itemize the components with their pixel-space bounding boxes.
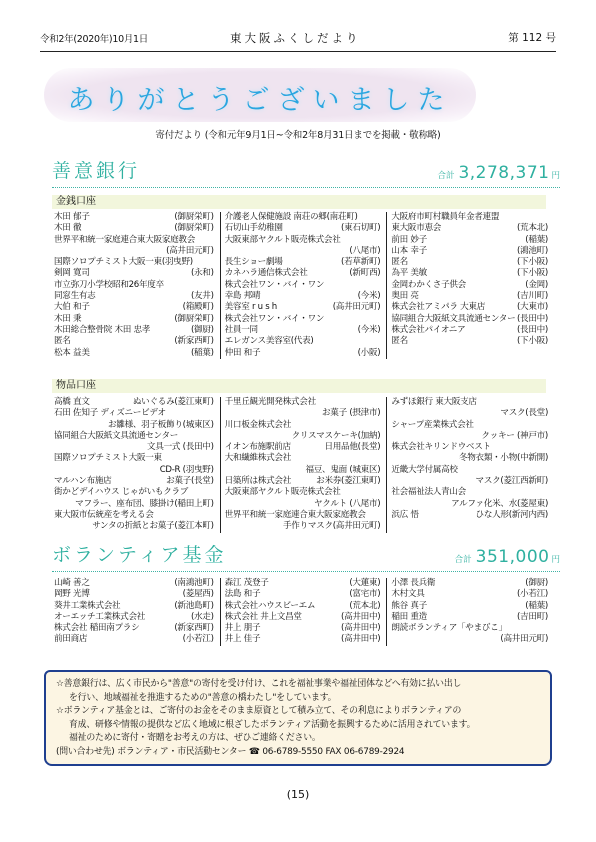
donor-location: 日用品他(長堂) — [324, 442, 380, 453]
donor-entry: 国際ソロプチミスト大阪一東CD-R (羽曳野) — [54, 453, 214, 476]
donor-name: 小澤 長兵衛 — [391, 578, 435, 589]
donor-location: (大東市) — [517, 302, 548, 313]
money-account-band: 金銭口座 — [52, 195, 546, 209]
donor-name: 東大阪市恵会 — [391, 223, 441, 234]
donor-name: 株式会社ワン・バイ・ワン — [225, 280, 325, 291]
donor-entry: 小澤 長兵衛(御厨) — [391, 578, 548, 589]
donor-location: (御厨栄町) — [174, 212, 213, 223]
donor-location: (小若江) — [517, 589, 548, 600]
donor-entry: 前田商店(小若江) — [54, 634, 214, 645]
donor-entry: 木田 秉(御厨栄町) — [54, 314, 214, 325]
donor-location: (東石切町) — [341, 223, 380, 234]
donor-entry: 山本 幸子(鴻池町) — [391, 246, 548, 257]
donor-detail: 福豆、鬼面 (城東区) — [225, 465, 381, 476]
donor-name: カネハラ通信株式会社 — [225, 268, 308, 279]
donor-entry: 株式会社 稲田南プラシ(新家西町) — [54, 623, 214, 634]
donor-entry: 大和繊維株式会社福豆、鬼面 (城東区) — [225, 453, 381, 476]
donor-name: 剣岡 寛司 — [54, 268, 90, 279]
donor-entry: 株式会社 井上文昌堂(高井田中) — [225, 612, 381, 623]
donor-entry: 街かどデイハウス じゃがいもクラブマフラー、座布団、膝掛け(稲田上町) — [54, 487, 214, 510]
donor-location: (荒本北) — [349, 601, 380, 612]
donor-entry: 岡野 光博(菱屋西) — [54, 589, 214, 600]
donor-name: 前田商店 — [54, 634, 87, 645]
donor-location: (御厨栄町) — [174, 223, 213, 234]
donor-name: 木田総合整骨院 木田 忠孝 — [54, 325, 150, 336]
donor-location: (新町西) — [349, 268, 380, 279]
section-total: 合計351,000円 — [455, 547, 560, 567]
donor-name: 松本 益美 — [54, 348, 90, 359]
donor-name: 熊谷 真子 — [391, 601, 427, 612]
donor-name: 前田 妙子 — [391, 235, 427, 246]
donor-entry: 為平 美敏(下小阪) — [391, 268, 548, 279]
donor-name: 株式会社キリンドウベスト — [391, 442, 548, 453]
donor-entry: 社会福祉法人青山会アルファ化米、水(菱屋東) — [391, 487, 548, 510]
donor-name: 匿名 — [391, 336, 408, 347]
info-zenibank-line1: ☆善意銀行は、広く市民から"善意"の寄付を受け付け、これを福祉事業や福祉団体など… — [56, 678, 540, 692]
donor-location: (新家西町) — [174, 336, 213, 347]
donor-location: (小阪) — [358, 348, 381, 359]
donor-location: (今米) — [358, 291, 381, 302]
donor-name: 市立弥刀小学校昭和26年度卒 — [54, 280, 164, 291]
donor-entry: 同窓生有志(友井) — [54, 291, 214, 302]
donor-location: (下小阪) — [517, 268, 548, 279]
donor-entry: 大阪東部ヤクルト販売株式会社(八尾市) — [225, 235, 381, 258]
donor-entry: 川口板金株式会社クリスマスケーキ(加納) — [225, 420, 381, 443]
goods-account-band: 物品口座 — [52, 379, 546, 393]
donor-entry: 株式会社ワン・バイ・ワン — [225, 314, 381, 325]
donor-name: 匿名 — [391, 257, 408, 268]
donor-name: 川口板金株式会社 — [225, 420, 381, 431]
info-call-to-action: 福祉のために寄付・寄贈をお考えの方は、ぜひご連絡ください。 — [56, 732, 540, 746]
issue-date: 令和2年(2020年)10月1日 — [40, 31, 148, 45]
donor-name: マルハン布施店 — [54, 476, 111, 487]
donor-entry: みずほ銀行 東大阪支店マスク(長堂) — [391, 397, 548, 420]
total-unit: 円 — [551, 555, 560, 565]
volunteer-fund-heading: ボランティア基金 合計351,000円 — [52, 536, 560, 572]
donor-location: (新池島町) — [174, 601, 213, 612]
donor-name: 浜広 悟 — [391, 510, 418, 521]
donor-detail: (高井田元町) — [391, 634, 548, 645]
donor-entry: 木村文具(小若江) — [391, 589, 548, 600]
donor-name: 同窓生有志 — [54, 291, 95, 302]
donor-detail: マスク(菱江西新町) — [391, 476, 548, 487]
section-title: ボランティア基金 — [52, 540, 226, 567]
donor-detail: お雛様、羽子板飾り(城東区) — [54, 420, 214, 431]
donor-entry: 美容室 r u s h(高井田元町) — [225, 302, 381, 313]
donor-name: 匿名 — [54, 336, 71, 347]
donor-location: (新家西町) — [174, 623, 213, 634]
donor-location: (高井田中) — [341, 623, 380, 634]
donor-location: (高井田中) — [341, 634, 380, 645]
donor-entry: 奥田 亮(吉川町) — [391, 291, 548, 302]
donor-location: (稲葉) — [525, 601, 548, 612]
donor-name: 高橋 直文 — [54, 397, 90, 408]
donor-location: (吉田町) — [517, 612, 548, 623]
donor-column: 山崎 善之(南鴻池町)岡野 光博(菱屋西)葵井工業株式会社(新池島町)オーエッチ… — [54, 578, 221, 646]
donor-location: (高井田元町) — [333, 302, 381, 313]
donor-entry: 葵井工業株式会社(新池島町) — [54, 601, 214, 612]
donor-name: 社会福祉法人青山会 — [391, 487, 548, 498]
donor-name: シャープ産業株式会社 — [391, 420, 548, 431]
donor-entry: 幸島 邦晴(今米) — [225, 291, 381, 302]
donor-entry: 株式会社ワン・バイ・ワン — [225, 280, 381, 291]
donor-name: 大伯 和子 — [54, 302, 90, 313]
donor-column: 木田 郁子(御厨栄町)木田 徹(御厨栄町)世界平和統一家庭連合東大阪家庭教会(高… — [54, 212, 221, 359]
donor-location: (稲葉) — [191, 348, 214, 359]
donor-entry: 近畿大学付属高校マスク(菱江西新町) — [391, 465, 548, 488]
donor-location: (永和) — [191, 268, 214, 279]
page-header: 令和2年(2020年)10月1日 東大阪ふくしだより 第 112 号 — [40, 28, 556, 52]
donor-name: 石切山手幼稚園 — [225, 223, 283, 234]
banner-title: ありがとうございました — [44, 78, 476, 117]
donor-entry: 世界平和統一家庭連合東大阪家庭教会手作りマスク(高井田元町) — [225, 510, 381, 533]
donor-name: みずほ銀行 東大阪支店 — [391, 397, 548, 408]
donor-entry: 協同組合大阪紙文具流通センター文具一式 (長田中) — [54, 431, 214, 454]
donor-entry: 石田 佐知子 ディズニービデオお雛様、羽子板飾り(城東区) — [54, 408, 214, 431]
donor-location: (若草新町) — [341, 257, 380, 268]
donor-entry: 日築所は株式会社お米券(菱江東町) — [225, 476, 381, 487]
donor-entry: 社員一同(今米) — [225, 325, 381, 336]
section-total: 合計3,278,371円 — [437, 163, 560, 183]
donor-entry: 木田 徹(御厨栄町) — [54, 223, 214, 234]
contact-info: (問い合わせ先) ボランティア・市民活動センター ☎ 06-6789-5550 … — [56, 746, 540, 760]
donor-name: 美容室 r u s h — [225, 302, 277, 313]
donor-location: (大蓮東) — [349, 578, 380, 589]
donor-entry: 株式会社アミパラ 大東店(大東市) — [391, 302, 548, 313]
donor-location: (長田中) — [517, 325, 548, 336]
donor-name: 株式会社パイオニア — [391, 325, 465, 336]
zenibank-heading: 善意銀行 合計3,278,371円 — [52, 152, 560, 188]
donor-location: ひな人形(新河内西) — [476, 510, 548, 521]
donor-entry: カネハラ通信株式会社(新町西) — [225, 268, 381, 279]
goods-donor-columns: 高橋 直文ぬいぐるみ(菱江東町)石田 佐知子 ディズニービデオお雛様、羽子板飾り… — [54, 397, 554, 533]
donor-location: (御厨) — [191, 325, 214, 336]
donor-name: 法島 和子 — [225, 589, 261, 600]
donor-entry: 井上 朋子(高井田中) — [225, 623, 381, 634]
donor-name: 千里丘観光開発株式会社 — [225, 397, 381, 408]
donor-entry: シャープ産業株式会社クッキー (神戸市) — [391, 420, 548, 443]
donor-entry: 市立弥刀小学校昭和26年度卒 — [54, 280, 214, 291]
donor-entry: 山崎 善之(南鴻池町) — [54, 578, 214, 589]
donor-entry: 匿名(下小阪) — [391, 336, 548, 347]
donor-name: 森江 茂登子 — [225, 578, 269, 589]
donor-location: (今米) — [358, 325, 381, 336]
donor-entry: 木田 郁子(御厨栄町) — [54, 212, 214, 223]
donor-location: (小若江) — [183, 634, 214, 645]
donor-name: 長生ショー劇場 — [225, 257, 283, 268]
info-zenibank-line2: を行い、地域福祉を推進するための"善意の橋わたし"をしています。 — [56, 692, 540, 706]
donor-detail: クリスマスケーキ(加納) — [225, 431, 381, 442]
donor-detail: 冬物衣類・小物(中新開) — [391, 453, 548, 464]
donor-entry: 森江 茂登子(大蓮東) — [225, 578, 381, 589]
donor-entry: 匿名(下小阪) — [391, 257, 548, 268]
donor-location: (水走) — [191, 612, 214, 623]
donor-name: 幸島 邦晴 — [225, 291, 261, 302]
donor-name: 株式会社 稲田南プラシ — [54, 623, 139, 634]
donor-column: 千里丘観光開発株式会社お菓子 (摂津市)川口板金株式会社クリスマスケーキ(加納)… — [221, 397, 388, 533]
donor-location: (高井田中) — [341, 612, 380, 623]
donor-location: (南鴻池町) — [174, 578, 213, 589]
donor-entry: 東大阪市恵会(荒本北) — [391, 223, 548, 234]
donor-detail: サンタの折紙とお菓子(菱江本町) — [54, 521, 214, 532]
donor-location: (吉川町) — [517, 291, 548, 302]
donor-name: 山本 幸子 — [391, 246, 427, 257]
total-label: 合計 — [455, 555, 472, 565]
donor-detail: 文具一式 (長田中) — [54, 442, 214, 453]
donor-entry: オーエッチ工業株式会社(水走) — [54, 612, 214, 623]
donor-entry: 国際ソロプチミスト大阪一東(羽曳野) — [54, 257, 214, 268]
donor-column: 高橋 直文ぬいぐるみ(菱江東町)石田 佐知子 ディズニービデオお雛様、羽子板飾り… — [54, 397, 221, 533]
donor-name: 井上 朋子 — [225, 623, 261, 634]
donor-name: 東大阪市伝統産を考える会 — [54, 510, 214, 521]
donor-detail: マフラー、座布団、膝掛け(稲田上町) — [54, 499, 214, 510]
donor-entry: 世界平和統一家庭連合東大阪家庭教会(高井田元町) — [54, 235, 214, 258]
donor-entry: 浜広 悟ひな人形(新河内西) — [391, 510, 548, 521]
donor-entry: 朗読ボランティア「やまびこ」(高井田元町) — [391, 623, 548, 646]
donor-name: 大阪府市町村職員年金者連盟 — [391, 212, 499, 223]
donor-location: (金岡) — [525, 280, 548, 291]
donor-detail: お菓子 (摂津市) — [225, 408, 381, 419]
thanks-banner: ありがとうございました — [44, 68, 476, 122]
donor-location: (稲葉) — [525, 235, 548, 246]
donor-entry: 株式会社キリンドウベスト冬物衣類・小物(中新開) — [391, 442, 548, 465]
donor-name: 木田 秉 — [54, 314, 81, 325]
donor-entry: 株式会社ハウスビーエム(荒本北) — [225, 601, 381, 612]
donor-location: (下小阪) — [517, 257, 548, 268]
donor-detail: (八尾市) — [225, 246, 381, 257]
donor-entry: 木田総合整骨院 木田 忠孝(御厨) — [54, 325, 214, 336]
donor-detail: ヤクルト (八尾市) — [225, 499, 381, 510]
donor-name: 世界平和統一家庭連合東大阪家庭教会 — [225, 510, 381, 521]
donor-location: (荒本北) — [517, 223, 548, 234]
donor-entry: 長生ショー劇場(若草新町) — [225, 257, 381, 268]
donor-detail: マスク(長堂) — [391, 408, 548, 419]
donor-entry: 千里丘観光開発株式会社お菓子 (摂津市) — [225, 397, 381, 420]
donor-name: 協同組合大阪紙文具流通センター — [391, 314, 515, 325]
donor-detail: クッキー (神戸市) — [391, 431, 548, 442]
donor-entry: マルハン布施店お菓子(長堂) — [54, 476, 214, 487]
donor-location: (友井) — [191, 291, 214, 302]
donor-entry: 大伯 和子(箱殿町) — [54, 302, 214, 313]
donor-name: 株式会社ワン・バイ・ワン — [225, 314, 325, 325]
page-number: (15) — [0, 788, 596, 801]
donor-name: 葵井工業株式会社 — [54, 601, 120, 612]
donor-entry: 前田 妙子(稲葉) — [391, 235, 548, 246]
donor-location: (鴻池町) — [517, 246, 548, 257]
donor-name: エレガンス美容室(代表) — [225, 336, 314, 347]
donor-name: 大和繊維株式会社 — [225, 453, 381, 464]
donor-name: イオン布施駅前店 — [225, 442, 291, 453]
donor-name: 岡野 光博 — [54, 589, 90, 600]
donor-entry: 剣岡 寛司(永和) — [54, 268, 214, 279]
donor-name: 国際ソロプチミスト大阪一東(羽曳野) — [54, 257, 193, 268]
donor-detail: 手作りマスク(高井田元町) — [225, 521, 381, 532]
donor-entry: 高橋 直文ぬいぐるみ(菱江東町) — [54, 397, 214, 408]
section-title: 善意銀行 — [52, 156, 140, 183]
donor-name: 石田 佐知子 ディズニービデオ — [54, 408, 214, 419]
donor-entry: 仲田 和子(小阪) — [225, 348, 381, 359]
volunteer-donor-columns: 山崎 善之(南鴻池町)岡野 光博(菱屋西)葵井工業株式会社(新池島町)オーエッチ… — [54, 578, 554, 646]
donor-location: (御厨) — [525, 578, 548, 589]
donor-name: 介護老人保健施設 南荘の郷(南荘町) — [225, 212, 358, 223]
donor-name: 稲田 重造 — [391, 612, 427, 623]
donor-column: 介護老人保健施設 南荘の郷(南荘町)石切山手幼稚園(東石切町)大阪東部ヤクルト販… — [221, 212, 388, 359]
publication-title: 東大阪ふくしだより — [230, 30, 361, 46]
donor-location: (箱殿町) — [183, 302, 214, 313]
donor-name: 朗読ボランティア「やまびこ」 — [391, 623, 548, 634]
donor-name: 山崎 善之 — [54, 578, 90, 589]
donor-entry: 法島 和子(富宅市) — [225, 589, 381, 600]
donor-entry: 介護老人保健施設 南荘の郷(南荘町) — [225, 212, 381, 223]
donor-name: 大阪東部ヤクルト販売株式会社 — [225, 487, 381, 498]
donor-entry: 石切山手幼稚園(東石切町) — [225, 223, 381, 234]
donor-entry: 井上 佳子(高井田中) — [225, 634, 381, 645]
donor-name: 株式会社 井上文昌堂 — [225, 612, 302, 623]
donor-location: (御厨栄町) — [174, 314, 213, 325]
total-unit: 円 — [551, 171, 560, 181]
donor-name: オーエッチ工業株式会社 — [54, 612, 145, 623]
donor-name: 協同組合大阪紙文具流通センター — [54, 431, 214, 442]
donor-name: 木村文具 — [391, 589, 424, 600]
info-box: ☆善意銀行は、広く市民から"善意"の寄付を受け付け、これを福祉事業や福祉団体など… — [44, 670, 552, 766]
donor-entry: 東大阪市伝統産を考える会サンタの折紙とお菓子(菱江本町) — [54, 510, 214, 533]
donor-name: 街かどデイハウス じゃがいもクラブ — [54, 487, 214, 498]
donor-name: 世界平和統一家庭連合東大阪家庭教会 — [54, 235, 214, 246]
donor-location: (富宅市) — [349, 589, 380, 600]
donor-name: 仲田 和子 — [225, 348, 261, 359]
info-fund-line1: ☆ボランティア基金とは、ご寄付のお金をそのまま原資として積み立て、その利息により… — [56, 705, 540, 719]
donor-entry: 匿名(新家西町) — [54, 336, 214, 347]
donor-name: 株式会社ハウスビーエム — [225, 601, 316, 612]
donor-entry: 松本 益美(稲葉) — [54, 348, 214, 359]
donor-location: (下小阪) — [517, 336, 548, 347]
donor-entry: 稲田 重造(吉田町) — [391, 612, 548, 623]
info-fund-line2: 育成、研修や情報の提供など広く地域に根ざしたボランティア活動を振興するために活用… — [56, 719, 540, 733]
donor-entry: 株式会社パイオニア(長田中) — [391, 325, 548, 336]
donor-name: 奥田 亮 — [391, 291, 418, 302]
donor-entry: 大阪東部ヤクルト販売株式会社ヤクルト (八尾市) — [225, 487, 381, 510]
donor-name: 木田 郁子 — [54, 212, 90, 223]
total-label: 合計 — [437, 171, 454, 181]
issue-number: 第 112 号 — [508, 30, 556, 45]
donor-name: 国際ソロプチミスト大阪一東 — [54, 453, 214, 464]
donor-name: 近畿大学付属高校 — [391, 465, 548, 476]
donor-detail: CD-R (羽曳野) — [54, 465, 214, 476]
donor-detail: アルファ化米、水(菱屋東) — [391, 499, 548, 510]
donor-column: みずほ銀行 東大阪支店マスク(長堂)シャープ産業株式会社クッキー (神戸市)株式… — [387, 397, 554, 533]
donor-location: お米券(菱江東町) — [316, 476, 380, 487]
total-amount: 351,000 — [476, 547, 550, 567]
donor-location: お菓子(長堂) — [166, 476, 214, 487]
donor-column: 小澤 長兵衛(御厨)木村文具(小若江)熊谷 真子(稲葉)稲田 重造(吉田町)朗読… — [387, 578, 554, 646]
donor-location: ぬいぐるみ(菱江東町) — [133, 397, 214, 408]
donor-location: (長田中) — [517, 314, 548, 325]
donor-location: (菱屋西) — [183, 589, 214, 600]
donor-name: 社員一同 — [225, 325, 258, 336]
donor-name: 井上 佳子 — [225, 634, 261, 645]
donor-name: 為平 美敏 — [391, 268, 427, 279]
donor-detail: (高井田元町) — [54, 246, 214, 257]
donor-entry: 協同組合大阪紙文具流通センター(長田中) — [391, 314, 548, 325]
donor-name: 株式会社アミパラ 大東店 — [391, 302, 485, 313]
donor-column: 大阪府市町村職員年金者連盟東大阪市恵会(荒本北)前田 妙子(稲葉)山本 幸子(鴻… — [387, 212, 554, 359]
donor-column: 森江 茂登子(大蓮東)法島 和子(富宅市)株式会社ハウスビーエム(荒本北)株式会… — [221, 578, 388, 646]
donor-entry: 熊谷 真子(稲葉) — [391, 601, 548, 612]
total-amount: 3,278,371 — [458, 163, 549, 183]
donor-name: 大阪東部ヤクルト販売株式会社 — [225, 235, 381, 246]
money-donor-columns: 木田 郁子(御厨栄町)木田 徹(御厨栄町)世界平和統一家庭連合東大阪家庭教会(高… — [54, 212, 554, 359]
donor-entry: イオン布施駅前店日用品他(長堂) — [225, 442, 381, 453]
donor-entry: 金岡わかくさ子供会(金岡) — [391, 280, 548, 291]
donor-entry: 大阪府市町村職員年金者連盟 — [391, 212, 548, 223]
donor-entry: エレガンス美容室(代表) — [225, 336, 381, 347]
donor-name: 木田 徹 — [54, 223, 81, 234]
donation-subtitle: 寄付だより (令和元年9月1日~令和2年8月31日までを掲載・敬称略) — [0, 127, 596, 141]
donor-name: 金岡わかくさ子供会 — [391, 280, 466, 291]
donor-name: 日築所は株式会社 — [225, 476, 291, 487]
